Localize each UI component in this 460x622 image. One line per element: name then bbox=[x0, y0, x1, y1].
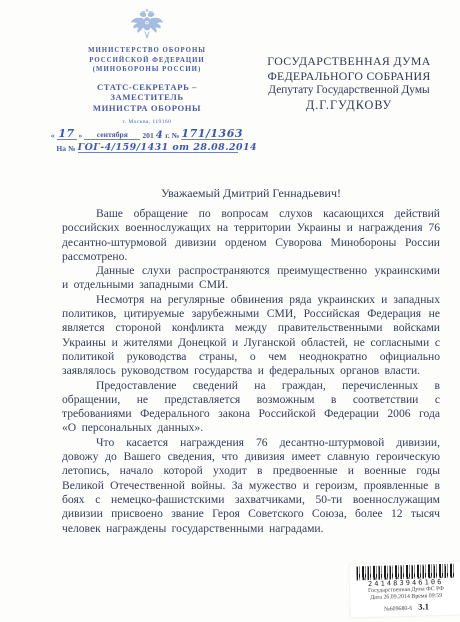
paragraph-5: Что касается награждения 76 десантно-шту… bbox=[62, 436, 440, 536]
ministry-name-line3: (МИНОБОРОНЫ РОССИИ) bbox=[34, 65, 260, 75]
handwritten-reference: ГОГ-4/159/1431 от 28.08.2014 bbox=[78, 142, 257, 153]
salutation: Уважаемый Дмитрий Геннадьевич! bbox=[62, 186, 440, 201]
after-year-label: г. № bbox=[165, 131, 179, 140]
month-slot: сентября bbox=[84, 130, 140, 140]
ministry-letterhead: МИНИСТЕРСТВО ОБОРОНЫ РОССИЙСКОЙ ФЕДЕРАЦИ… bbox=[34, 8, 260, 153]
reference-line: На № ГОГ-4/159/1431 от 28.08.2014 bbox=[34, 143, 260, 153]
ref-slot: ГОГ-4/159/1431 от 28.08.2014 bbox=[78, 143, 238, 153]
official-title-line1: СТАТС-СЕКРЕТАРЬ – bbox=[34, 82, 260, 93]
ref-label: На № bbox=[56, 144, 75, 153]
paragraph-3: Несмотря на регулярные обвинения ряда ук… bbox=[62, 293, 440, 379]
letter-body: Ваше обращение по вопросам слухов касающ… bbox=[62, 207, 440, 536]
close-quote: » bbox=[79, 131, 83, 140]
ministry-name-line1: МИНИСТЕРСТВО ОБОРОНЫ bbox=[34, 46, 260, 56]
recipient-line2: ФЕДЕРАЛЬНОГО СОБРАНИЯ bbox=[242, 69, 456, 84]
recipient-line3: Депутату Государственной Думы bbox=[242, 83, 456, 98]
sticker-mark: 3.1 bbox=[418, 601, 429, 611]
ministry-address: г. Москва, 119160 bbox=[34, 119, 260, 125]
handwritten-number: 171/1363 bbox=[181, 127, 243, 140]
recipient-line1: ГОСУДАРСТВЕННАЯ ДУМА bbox=[242, 54, 456, 69]
number-slot: 171/1363 bbox=[181, 129, 243, 140]
official-title-line2: ЗАМЕСТИТЕЛЬ bbox=[34, 92, 260, 103]
scanned-letter-page: МИНИСТЕРСТВО ОБОРОНЫ РОССИЙСКОЙ ФЕДЕРАЦИ… bbox=[0, 0, 460, 622]
day-slot: 17 bbox=[57, 129, 77, 140]
handwritten-day: 17 bbox=[58, 127, 74, 140]
open-quote: « bbox=[51, 131, 55, 140]
date-number-line: « 17 » сентября 201 4 г. № 171/1363 bbox=[34, 129, 260, 140]
paragraph-4: Предоставление сведений на граждан, пере… bbox=[62, 379, 440, 436]
ministry-name-line2: РОССИЙСКОЙ ФЕДЕРАЦИИ bbox=[34, 56, 260, 66]
registration-sticker: 241483946106 Государственная Дума ФС РФ … bbox=[349, 561, 460, 617]
coat-of-arms-eagle-icon bbox=[129, 8, 165, 42]
official-title: СТАТС-СЕКРЕТАРЬ – ЗАМЕСТИТЕЛЬ МИНИСТРА О… bbox=[34, 82, 260, 114]
handwritten-year-digit: 4 bbox=[156, 131, 163, 140]
sticker-doc-number: №609680-6 bbox=[384, 606, 412, 614]
official-title-line3: МИНИСТРА ОБОРОНЫ bbox=[34, 103, 260, 114]
year-printed: 201 bbox=[142, 131, 153, 140]
ministry-name: МИНИСТЕРСТВО ОБОРОНЫ РОССИЙСКОЙ ФЕДЕРАЦИ… bbox=[34, 46, 260, 75]
sticker-number-row: №609680-6 3.1 bbox=[352, 600, 460, 614]
recipient-line4: Д.Г.ГУДКОВУ bbox=[242, 98, 456, 113]
paragraph-2: Данные слухи распространяются преимущест… bbox=[62, 264, 440, 293]
recipient-block: ГОСУДАРСТВЕННАЯ ДУМА ФЕДЕРАЛЬНОГО СОБРАН… bbox=[242, 54, 456, 113]
paragraph-1: Ваше обращение по вопросам слухов касающ… bbox=[62, 207, 440, 264]
